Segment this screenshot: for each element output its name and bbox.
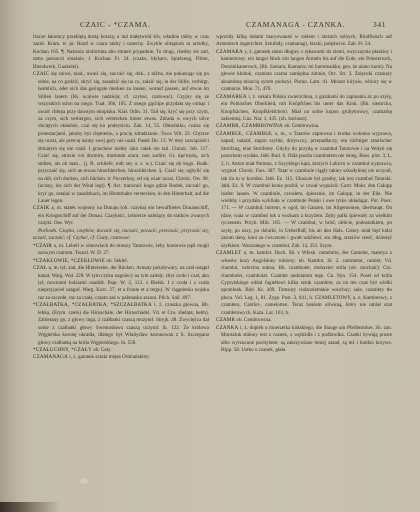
headword: CZAIC xyxy=(33,71,49,77)
headword: CZAIK xyxy=(33,205,50,211)
dictionary-entry: CZAIK a, m. statek wojenny na Dunaju (ob… xyxy=(33,205,209,227)
entry-text: i, ż. gatunek sztuki mięsa Ormiańskiey; xyxy=(69,354,150,360)
dictionary-entry: *CZAŁBATKA, *CZAŁBATKA, *SZCZAŁBATKA i, … xyxy=(33,302,209,347)
headword: CZAŁ xyxy=(33,265,47,271)
dictionary-page: CZAIC - *CZAMA. CZAMANAGA - CZANKA. 341 … xyxy=(0,0,420,512)
right-column: wprzódy kilką dołami maryowaneż w zielem… xyxy=(216,34,392,354)
dictionary-entry: CZAMANAGA i, ż. gatunek sztuki mięsa Orm… xyxy=(33,354,209,361)
headword: CZAMARKA xyxy=(216,94,247,100)
headword: *CZAKŁOWIE, *CZEKŁOWIE xyxy=(33,258,105,264)
entry-continuation: wprzódy kilką dołami maryowaneż w zielem… xyxy=(216,34,392,49)
entry-text: ob. Cembrowina. xyxy=(284,123,319,129)
page-number: 341 xyxy=(373,20,386,29)
entry-text: wprzódy kilką dołami maryowaneż w zielem… xyxy=(216,34,392,47)
entry-text: i, ż. dopiek u mnerzetka kiśłakiego, die… xyxy=(221,325,392,353)
dictionary-entry: *CZAŁUCHNY, *CZAŁY ob. Cały. xyxy=(33,347,209,354)
dictionary-entry: CZAMBUŁ, CZAMBUŁ u, m., u Tatarów zaptuw… xyxy=(216,131,392,250)
entry-text: u, m. kamlot. Duch. Sb. z Włosk. camelot… xyxy=(221,250,392,316)
headword: CZAMBUŁ, CZAMBUŁ xyxy=(216,131,272,137)
entry-text: u, m. tył, zad, die Hinterseite, der Rüc… xyxy=(38,265,209,301)
entry-text: ob. Cembrowina. xyxy=(236,317,271,323)
dictionary-entry: CZAMARA y, ż. gatunek sukni długiey z rę… xyxy=(216,49,392,94)
entry-text: a, m. statek wojenny na Dunaju (ob. czay… xyxy=(38,205,209,226)
headword: CZAMBR, CZAMBROWINA xyxy=(216,123,283,129)
dictionary-entry: CZAŁ u, m. tył, zad, die Hinterseite, de… xyxy=(33,265,209,302)
right-running-head: CZAMANAGA - CZANKA. xyxy=(246,20,345,29)
dictionary-entry: CZAMLET u, m. kamlot. Duch. Sb. z Włosk.… xyxy=(216,250,392,317)
headword: CZANKA xyxy=(216,325,238,331)
headword: *CZAŁBATKA, *CZAŁBATKA, *SZCZAŁBATKA xyxy=(33,302,152,308)
entry-text: się zaiwé, niad., uwaić się, zacxaić się… xyxy=(38,71,209,204)
headword: CZAMR xyxy=(216,317,235,323)
dictionary-entry: CZAMBR, CZAMBROWINA ob. Cembrowina. xyxy=(216,123,392,130)
binding-shadow xyxy=(0,502,60,512)
headword: CZAMLET xyxy=(216,250,241,256)
entry-text: Pochodn. Czayka, czayków, doczaić się, n… xyxy=(33,228,209,241)
entry-text: y, ż. gatunek sukni długiey z rękawami d… xyxy=(221,49,392,92)
entry-text: i, ż. sukala Polska zwierzchnia, z guzik… xyxy=(221,94,392,122)
dictionary-entry: *CZAKŁOWIE, *CZEKŁOWIE ob. Sekiel. xyxy=(33,258,209,265)
entry-text: i, ż. czaszka głowna, Bh. lebka, (Erym. … xyxy=(38,302,209,345)
dictionary-entry: CZAMARKA i, ż. sukala Polska zwierzchnia… xyxy=(216,94,392,124)
headword: CZAMANAGA xyxy=(33,354,68,360)
headword: CZAMARA xyxy=(216,49,243,55)
entry-text: u, m. Lebelł w zimowlach do mieszy Tatar… xyxy=(38,243,209,256)
dictionary-entry: CZAMR ob. Cembrowina. xyxy=(216,317,392,324)
entry-text: Iracze łakomcy przeklętą dostą koszią; a… xyxy=(33,34,209,70)
dictionary-entry: CZANKA i, ż. dopiek u mnerzetka kiśłakie… xyxy=(216,325,392,355)
entry-text: u, m., u Tatarów zaptuwna i krotka wolen… xyxy=(221,131,392,249)
dictionary-entry: CZAIC się zaiwé, niad., uwaić się, zacxa… xyxy=(33,71,209,205)
paper-blemish xyxy=(80,478,88,484)
entry-text: ob. Sekiel. xyxy=(106,258,128,264)
headword: *CZAIR xyxy=(33,243,52,249)
entry-continuation: Iracze łakomcy przeklętą dostą koszią; a… xyxy=(33,34,209,71)
running-header: CZAIC - *CZAMA. CZAMANAGA - CZANKA. 341 xyxy=(0,20,420,34)
entry-text: ob. Cały. xyxy=(93,347,111,353)
left-column: Iracze łakomcy przeklętą dostą koszią; a… xyxy=(33,34,209,362)
left-running-head: CZAIC - *CZAMA. xyxy=(80,20,150,29)
dictionary-entry: *CZAIR u, m. Lebelł w zimowlach do miesz… xyxy=(33,243,209,258)
headword: *CZAŁUCHNY, *CZAŁY xyxy=(33,347,92,353)
derivatives-note: Pochodn. Czayka, czayków, doczaić się, n… xyxy=(33,228,209,243)
